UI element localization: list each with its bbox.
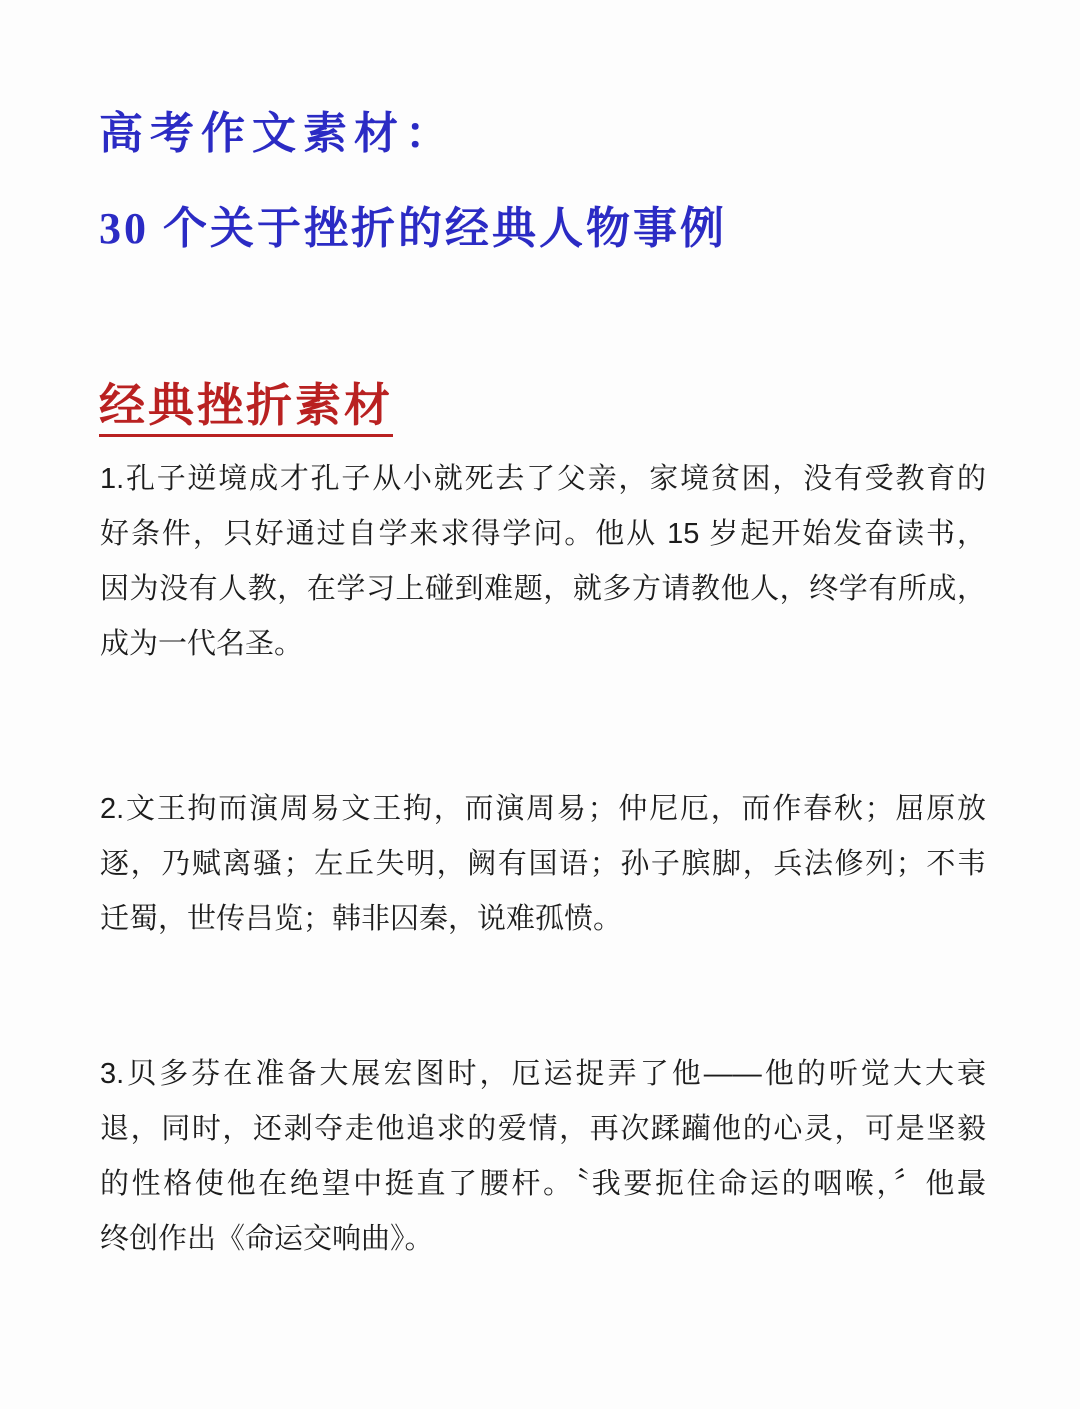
document-subtitle: 30 个关于挫折的经典人物事例 (99, 201, 727, 257)
paragraph-beethoven: 3.贝多芬在准备大展宏图时，厄运捉弄了他——他的听觉大大衰 退，同时，还剥夺走他… (100, 1047, 986, 1267)
text-line: 好条件，只好通过自学来求得学问。他从 15 岁起开始发奋读书， (100, 507, 986, 562)
text-line: 3.贝多芬在准备大展宏图时，厄运捉弄了他——他的听觉大大衰 (100, 1047, 986, 1102)
text-line: 退，同时，还剥夺走他追求的爱情，再次蹂躏他的心灵，可是坚毅 (100, 1102, 986, 1157)
text-line: 成为一代名圣。 (100, 617, 986, 672)
section-heading-row: 经典挫折素材 (99, 378, 393, 434)
paragraph-king-wen: 2.文王拘而演周易文王拘，而演周易；仲尼厄，而作春秋；屈原放 逐，乃赋离骚；左丘… (100, 782, 986, 947)
text-line: 的性格使他在绝望中挺直了腰杆。〝我要扼住命运的咽喉，〞他最 (100, 1157, 986, 1212)
text-line: 终创作出《命运交响曲》。 (100, 1212, 986, 1267)
document-page: 高考作文素材： 30 个关于挫折的经典人物事例 经典挫折素材 1.孔子逆境成才孔… (0, 0, 1080, 1409)
document-title: 高考作文素材： (99, 106, 456, 162)
section-heading: 经典挫折素材 (99, 380, 393, 437)
text-line: 1.孔子逆境成才孔子从小就死去了父亲，家境贫困，没有受教育的 (100, 452, 986, 507)
text-line: 2.文王拘而演周易文王拘，而演周易；仲尼厄，而作春秋；屈原放 (100, 782, 986, 837)
text-line: 迁蜀，世传吕览；韩非囚秦，说难孤愤。 (100, 892, 986, 947)
paragraph-confucius: 1.孔子逆境成才孔子从小就死去了父亲，家境贫困，没有受教育的 好条件，只好通过自… (100, 452, 986, 672)
text-line: 因为没有人教，在学习上碰到难题，就多方请教他人，终学有所成， (100, 562, 986, 617)
text-line: 逐，乃赋离骚；左丘失明，阙有国语；孙子膑脚，兵法修列；不韦 (100, 837, 986, 892)
